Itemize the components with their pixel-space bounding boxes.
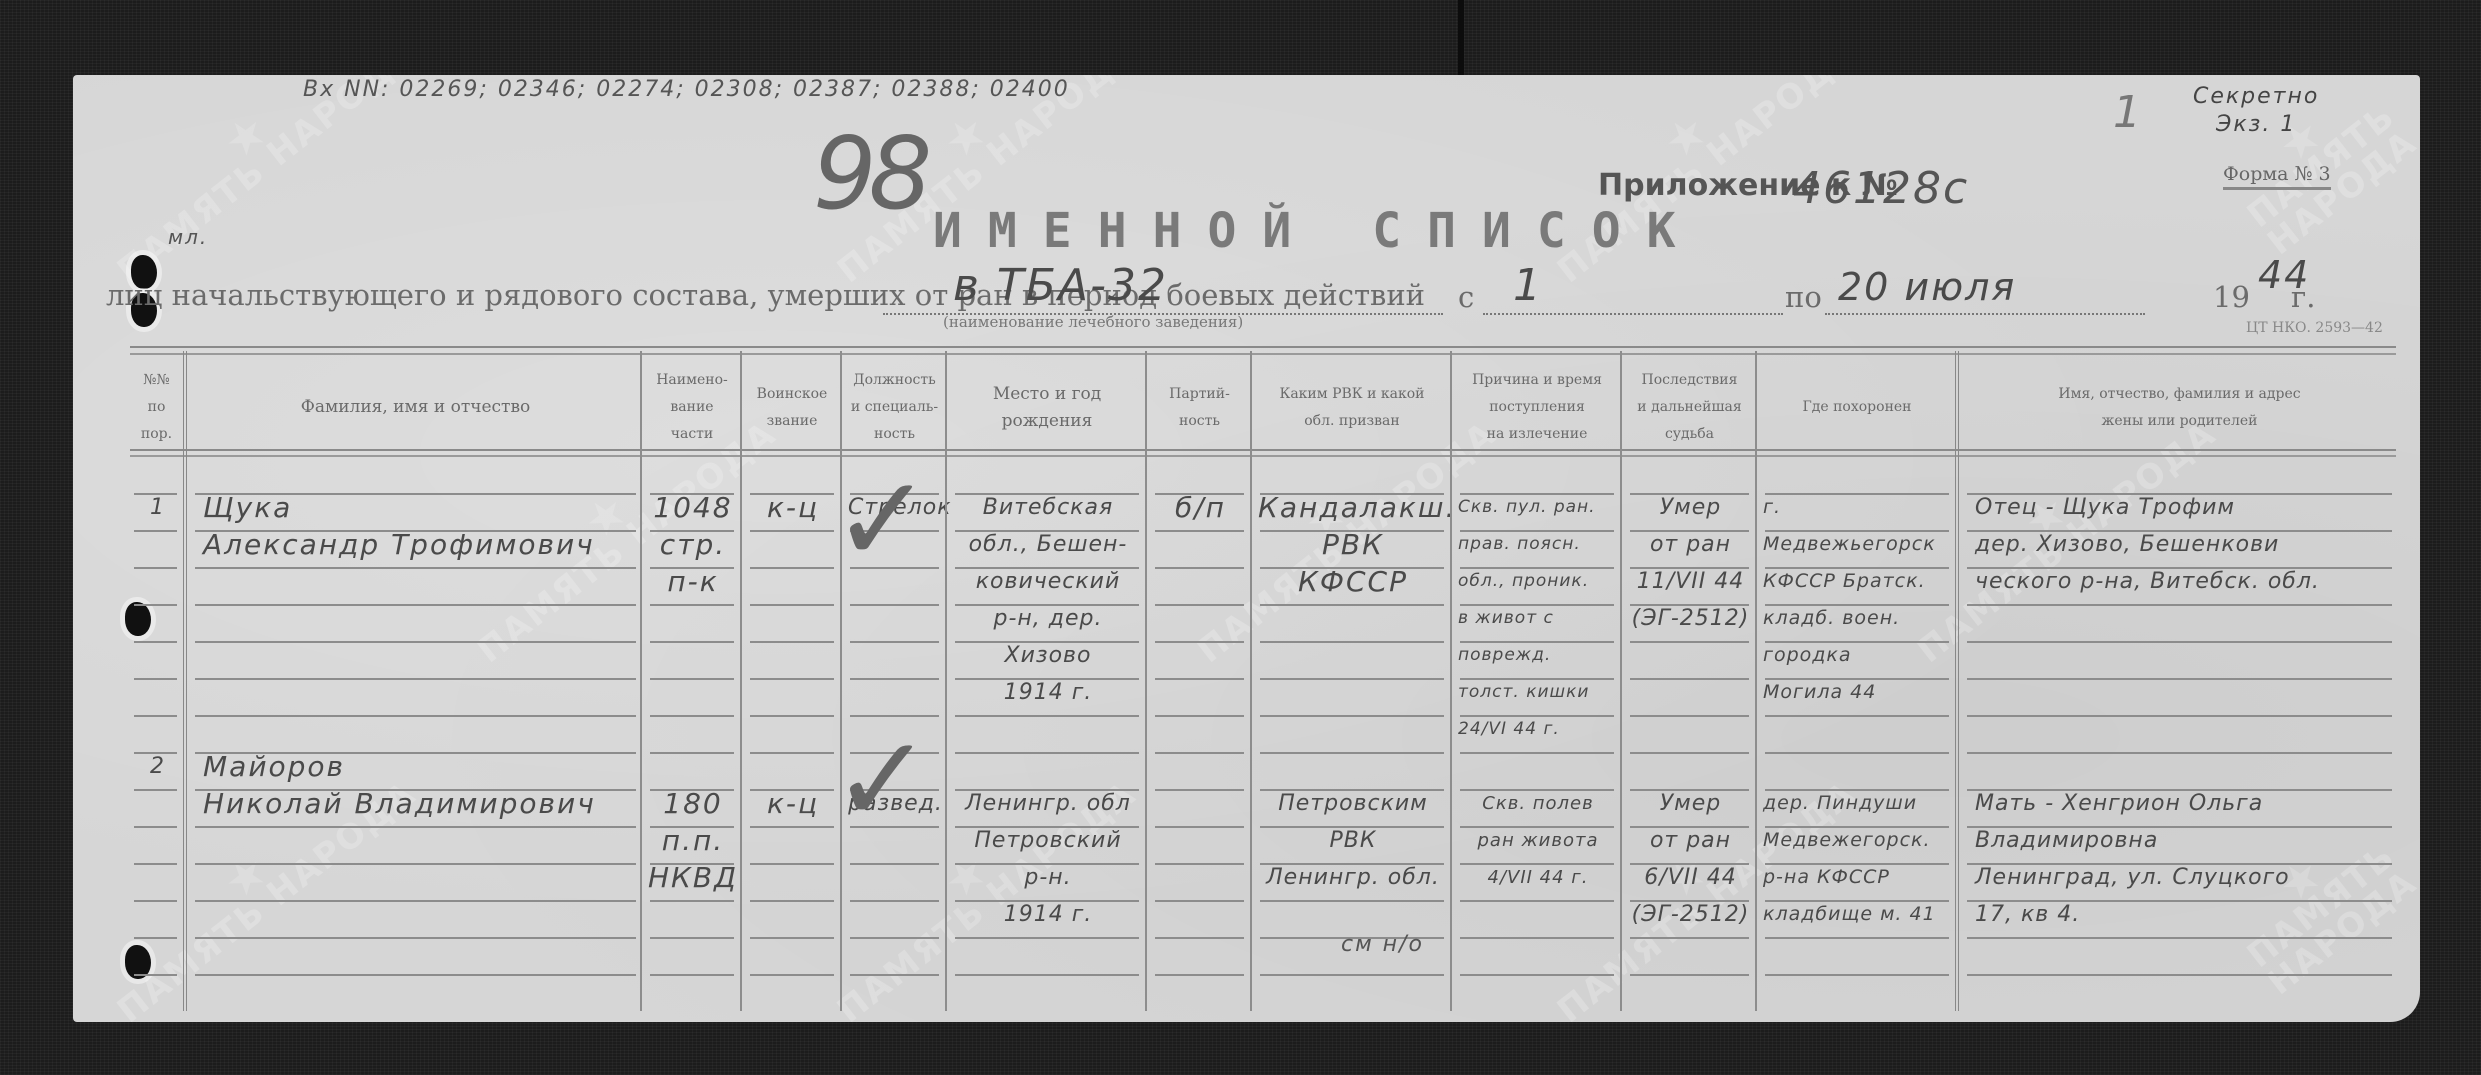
- row-2-buried: дер. Пиндуши Медвежегорск. р-на КФССР кл…: [1763, 785, 1953, 933]
- row-1-number: 1: [136, 489, 179, 526]
- header-birth: Место и год рождения: [947, 365, 1147, 450]
- header-rank: Воинское звание: [742, 365, 842, 450]
- sheet-number: 98: [813, 115, 924, 232]
- row-2-fate: Умер от ран 6/VII 44 (ЭГ-2512): [1628, 785, 1753, 933]
- column-buried: Где похоронен г. Медвежьегорск КФССР Бра…: [1755, 351, 1957, 1011]
- row-1-relatives: Отец - Щука Трофим дер. Хизово, Бешенков…: [1975, 489, 2396, 600]
- header-name: Фамилия, имя и отчество: [187, 365, 644, 450]
- document-sheet: ★ПАМЯТЬ НАРОДА ★ПАМЯТЬ НАРОДА ★ПАМЯТЬ НА…: [73, 75, 2420, 1022]
- footer-note: см н/о: [1341, 932, 1424, 957]
- row-2-relatives: Мать - Хенгрион Ольга Владимировна Ленин…: [1975, 785, 2396, 933]
- row-2-cause: Скв. полев ран живота 4/VII 44 г.: [1458, 785, 1618, 896]
- row-1-name: Щука Александр Трофимович: [203, 489, 640, 563]
- secrecy-mark: Секретно Экз. 1: [2193, 83, 2319, 139]
- institution-value: в ТБА-32: [953, 260, 1168, 311]
- row-1-party: б/п: [1153, 489, 1248, 526]
- row-2-name: Майоров Николай Владимирович: [203, 748, 640, 822]
- year-prefix: 19: [2213, 280, 2250, 314]
- header-buried: Где похоронен: [1757, 365, 1957, 450]
- to-label: по: [1785, 280, 1822, 314]
- column-party: Партий- ность б/п: [1145, 351, 1252, 1011]
- from-label: с: [1458, 280, 1474, 314]
- row-2-rank: к-ц: [748, 785, 838, 822]
- from-line: [1483, 313, 1783, 315]
- to-line: [1825, 313, 2145, 315]
- column-birth: Место и год рождения Витебская обл., Беш…: [945, 351, 1147, 1011]
- ruled-lines: [1155, 458, 1244, 1011]
- row-1-buried: г. Медвежьегорск КФССР Братск. кладб. во…: [1763, 489, 1953, 711]
- page-mark: 1: [2113, 87, 2143, 138]
- checkmark-icon: ✓: [832, 721, 933, 841]
- row-2-birth: Ленингр. обл Петровский р-н. 1914 г.: [953, 785, 1143, 933]
- header-relatives: Имя, отчество, фамилия и адрес жены или …: [1959, 365, 2400, 450]
- attachment-number: 46128с: [1793, 163, 1969, 214]
- document-title: ИМЕННОЙ СПИСОК: [933, 203, 1702, 259]
- column-relatives: Имя, отчество, фамилия и адрес жены или …: [1955, 351, 2400, 1011]
- column-cause: Причина и время поступления на излечение…: [1450, 351, 1622, 1011]
- column-position: Должность и специаль- ность Стрелок разв…: [840, 351, 947, 1011]
- column-name: Фамилия, имя и отчество Щука Александр Т…: [183, 351, 644, 1011]
- header-unit: Наимено- вание части: [642, 365, 742, 450]
- ruled-lines: [134, 458, 177, 1011]
- header-number: №№ по пор.: [130, 365, 183, 450]
- row-1-birth: Витебская обл., Бешен- ковический р-н, д…: [953, 489, 1143, 711]
- row-2-unit: 180 п.п. НКВД: [648, 785, 738, 896]
- to-value: 20 июля: [1838, 265, 2016, 309]
- secrecy-label: Секретно: [2193, 83, 2319, 111]
- year-suffix: г.: [2291, 280, 2315, 314]
- column-rvk: Каким РВК и какой обл. призван Кандалакш…: [1250, 351, 1452, 1011]
- institution-caption: (наименование лечебного заведения): [943, 313, 1243, 331]
- row-2-number: 2: [136, 748, 179, 785]
- row-1-unit: 1048 стр. п-к: [648, 489, 738, 600]
- header-position: Должность и специаль- ность: [842, 365, 947, 450]
- print-code: ЦТ НКО. 2593—42: [2246, 320, 2383, 336]
- column-number: №№ по пор. 1 2: [130, 351, 183, 1011]
- ruled-lines: [750, 458, 834, 1011]
- form-number: Форма № 3: [2223, 163, 2331, 190]
- header-fate: Последствия и дальнейшая судьба: [1622, 365, 1757, 450]
- row-1-rank: к-ц: [748, 489, 838, 526]
- column-unit: Наимено- вание части 1048 стр. п-к 180 п…: [640, 351, 742, 1011]
- rank-prefix: мл.: [168, 225, 208, 249]
- row-1-rvk: Кандалакш. РВК КФССР: [1258, 489, 1448, 600]
- header-rvk: Каким РВК и какой обл. призван: [1252, 365, 1452, 450]
- column-fate: Последствия и дальнейшая судьба Умер от …: [1620, 351, 1757, 1011]
- row-1-fate: Умер от ран 11/VII 44 (ЭГ-2512): [1628, 489, 1753, 637]
- from-value: 1: [1513, 260, 1543, 311]
- document-subtitle: лиц начальствующего и рядового состава, …: [106, 278, 1425, 312]
- row-1-cause: Скв. пул. ран. прав. поясн. обл., проник…: [1458, 489, 1618, 748]
- checkmark-icon: ✓: [832, 461, 933, 581]
- copy-label: Экз. 1: [2193, 111, 2319, 139]
- page-gap: [1458, 0, 1464, 78]
- column-rank: Воинское звание к-ц к-ц: [740, 351, 842, 1011]
- header-party: Партий- ность: [1147, 365, 1252, 450]
- incoming-numbers: Вх NN: 02269; 02346; 02274; 02308; 02387…: [303, 77, 1070, 102]
- header-cause: Причина и время поступления на излечение: [1452, 365, 1622, 450]
- row-2-rvk: Петровским РВК Ленингр. обл.: [1258, 785, 1448, 896]
- personnel-table: №№ по пор. 1 2 Фамилия, имя и отчество Щ…: [130, 346, 2396, 1011]
